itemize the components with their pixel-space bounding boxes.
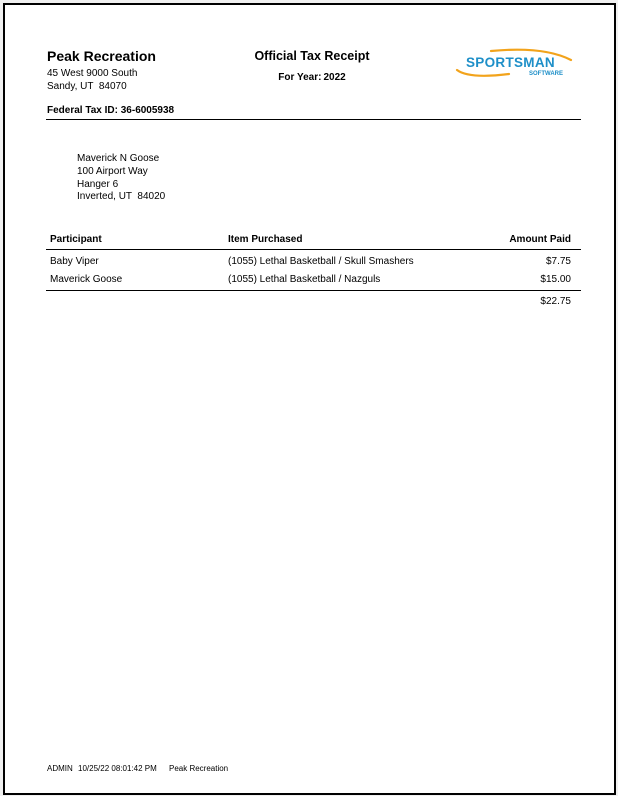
item-cell: (1055) Lethal Basketball / Skull Smasher…: [228, 256, 414, 267]
receipt-page: Peak Recreation 45 West 9000 South Sandy…: [3, 3, 616, 795]
table-header-divider: [46, 249, 581, 250]
svg-text:SPORTSMAN: SPORTSMAN: [466, 55, 555, 70]
year-value: 2022: [323, 72, 345, 83]
recipient-address-line2: Hanger 6: [77, 179, 118, 190]
header-participant: Participant: [50, 234, 102, 245]
participant-cell: Maverick Goose: [50, 274, 122, 285]
participant-cell: Baby Viper: [50, 256, 99, 267]
amount-cell: $7.75: [546, 256, 571, 267]
sportsman-software-logo-icon: SPORTSMAN SOFTWARE: [449, 46, 579, 80]
footer-user: ADMIN: [47, 764, 73, 773]
amount-cell: $15.00: [540, 274, 571, 285]
federal-tax-id-label: Federal Tax ID:: [47, 105, 118, 116]
item-cell: (1055) Lethal Basketball / Nazguls: [228, 274, 380, 285]
page-footer: ADMIN 10/25/22 08:01:42 PM Peak Recreati…: [47, 764, 228, 773]
federal-tax-id: Federal Tax ID: 36-6005938: [47, 105, 174, 116]
federal-tax-id-value: 36-6005938: [121, 105, 174, 116]
recipient-city-state-zip: Inverted, UT 84020: [77, 191, 165, 202]
svg-text:SOFTWARE: SOFTWARE: [529, 71, 563, 77]
footer-organization: Peak Recreation: [169, 764, 228, 773]
recipient-name: Maverick N Goose: [77, 153, 159, 164]
header-item-purchased: Item Purchased: [228, 234, 302, 245]
recipient-address-line1: 100 Airport Way: [77, 166, 148, 177]
header-divider: [46, 119, 581, 120]
year-label: For Year:: [278, 72, 321, 83]
table-total-divider: [46, 290, 581, 291]
footer-timestamp: 10/25/22 08:01:42 PM: [78, 764, 157, 773]
header-amount-paid: Amount Paid: [509, 234, 571, 245]
total-amount: $22.75: [540, 296, 571, 307]
